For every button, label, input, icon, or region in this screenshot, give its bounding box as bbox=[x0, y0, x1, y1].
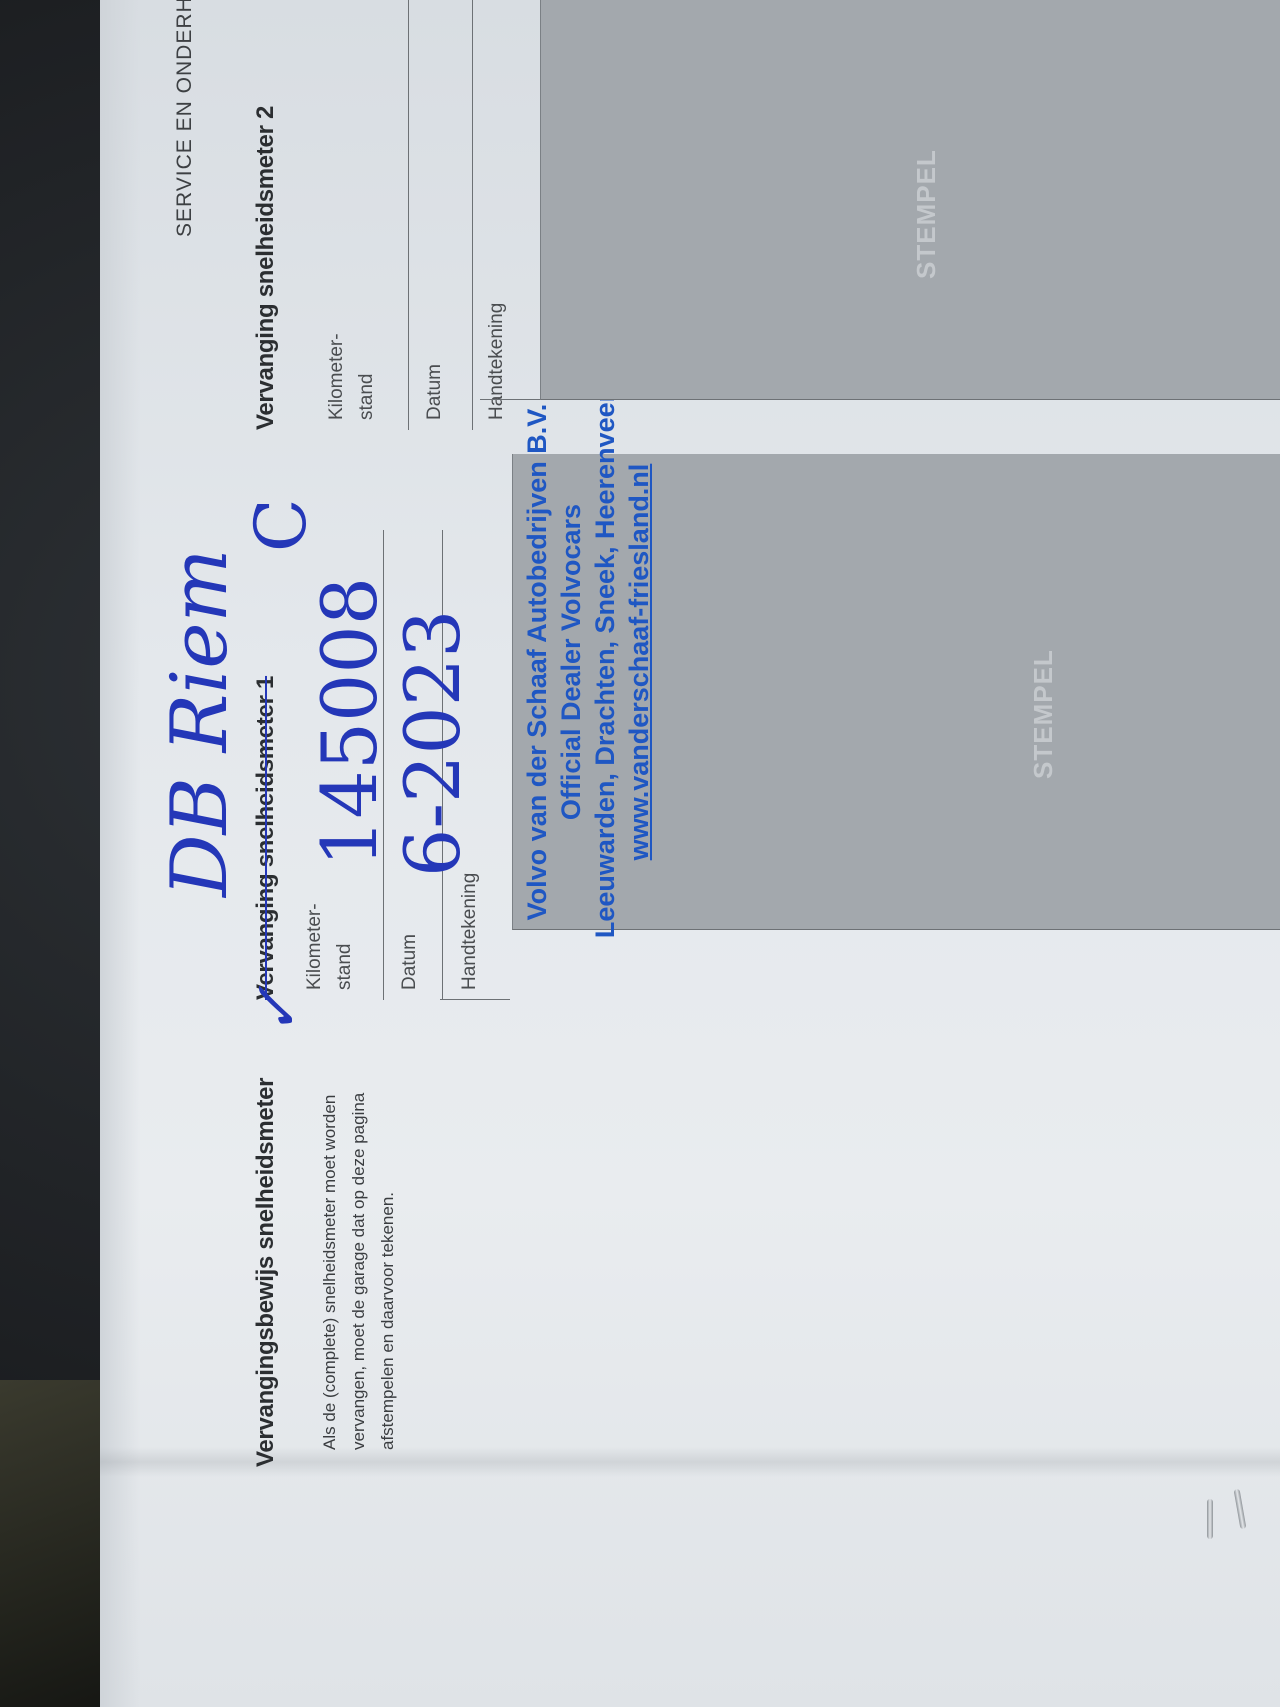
service-booklet-page: SERVICE EN ONDERHOUD Vervangingsbewijs s… bbox=[100, 0, 1280, 1707]
handwritten-date-value: 6-2023 bbox=[388, 610, 477, 877]
staple-top-2 bbox=[1234, 1489, 1247, 1529]
section-2-date-line bbox=[472, 0, 473, 430]
handwritten-c-mark: C bbox=[240, 498, 322, 552]
section-1-km-label: Kilometer- stand bbox=[300, 903, 360, 990]
staple-top bbox=[1207, 1499, 1213, 1539]
section-2-km-line bbox=[408, 0, 409, 430]
section-2-title: Vervanging snelheidsmeter 2 bbox=[252, 106, 280, 430]
page-header: SERVICE EN ONDERHOUD bbox=[173, 0, 197, 237]
intro-text: Als de (complete) snelheidsmeter moet wo… bbox=[315, 1093, 402, 1450]
section-2-date-label: Datum bbox=[420, 364, 450, 420]
dealer-locations: Leeuwarden, Drachten, Sneek, Heerenveen bbox=[588, 362, 622, 962]
section-1-date-label: Datum bbox=[395, 934, 425, 990]
dealer-url[interactable]: www.vanderschaaf-friesland.nl bbox=[622, 362, 656, 962]
intro-line: Als de (complete) snelheidsmeter moet wo… bbox=[315, 1093, 344, 1450]
section-2-signature-label: Handtekening bbox=[482, 303, 512, 420]
handwritten-note: DB Riem bbox=[155, 549, 245, 897]
section-1-title: Vervanging snelheidsmeter 1 bbox=[252, 676, 280, 1000]
section-2-left-rule bbox=[480, 399, 540, 400]
dealer-name: Volvo van der Schaaf Autobedrijven B.V. bbox=[520, 362, 554, 962]
section-2-km-label: Kilometer- stand bbox=[322, 333, 382, 420]
intro-title: Vervangingsbewijs snelheidsmeter bbox=[252, 1078, 280, 1467]
handwritten-km-value: 145008 bbox=[305, 577, 394, 867]
dealer-subtitle: Official Dealer Volvocars bbox=[554, 362, 588, 962]
section-2-stamp-label: STEMPEL bbox=[911, 149, 942, 279]
dealer-stamp: Volvo van der Schaaf Autobedrijven B.V. … bbox=[520, 362, 656, 962]
intro-line: afstempelen en daarvoor tekenen. bbox=[373, 1093, 402, 1450]
section-1-left-rule bbox=[440, 999, 510, 1000]
handwritten-check-mark: ✓ bbox=[240, 985, 313, 1037]
section-2-stamp-box: STEMPEL bbox=[540, 0, 1280, 400]
section-1-signature-label: Handtekening bbox=[455, 873, 485, 990]
section-1-stamp-label: STEMPEL bbox=[1028, 649, 1059, 779]
intro-line: vervangen, moet de garage dat op deze pa… bbox=[344, 1093, 373, 1450]
